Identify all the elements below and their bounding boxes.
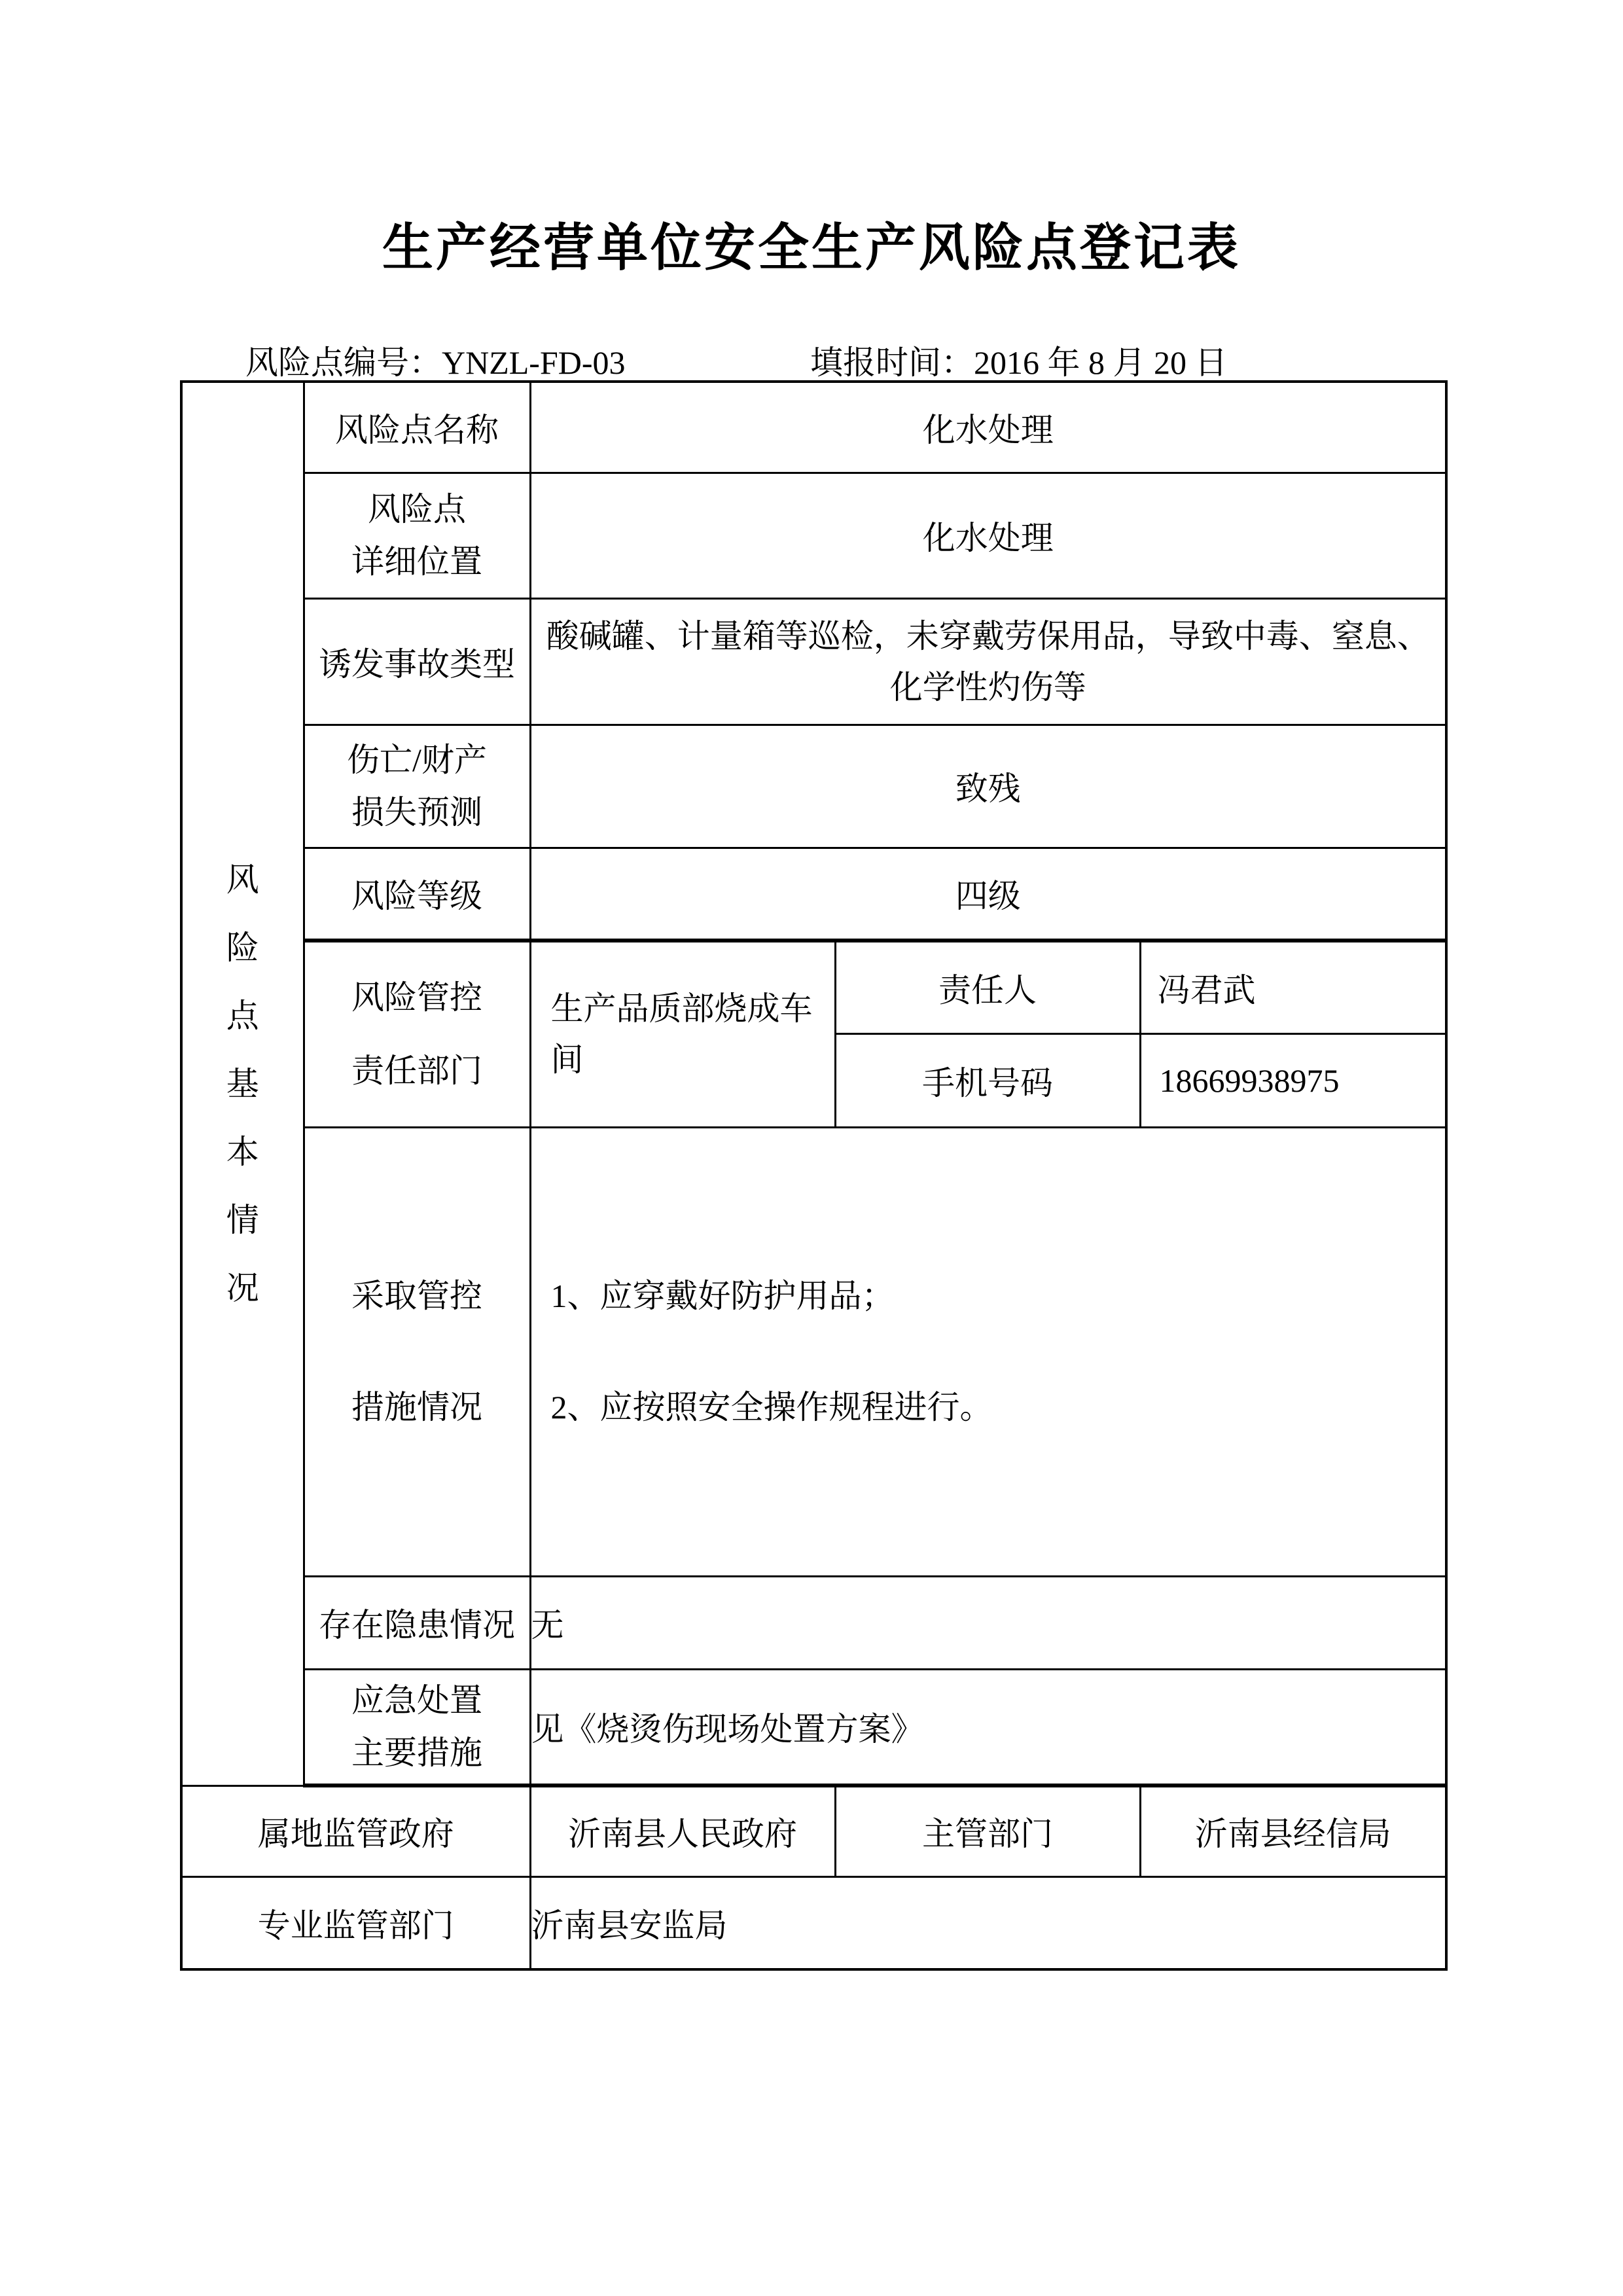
control-dept-label-line1: 风险管控 (305, 961, 529, 1034)
phone-label: 手机号码 (835, 1033, 1140, 1127)
fill-date-value: 2016 年 8 月 20 日 (974, 344, 1228, 381)
location-label-line2: 详细位置 (305, 535, 529, 588)
side-char: 本 (226, 1135, 259, 1169)
hazards-value: 无 (530, 1576, 1446, 1669)
row-control-dept-person: 风险管控 责任部门 生产品质部烧成车间 责任人 冯君武 (181, 941, 1446, 1033)
measures-label-line2: 措施情况 (305, 1352, 529, 1463)
accident-type-value: 酸碱罐、计量箱等巡检，未穿戴劳保用品，导致中毒、窒息、化学性灼伤等 (530, 598, 1446, 725)
page-title: 生产经营单位安全生产风险点登记表 (0, 207, 1623, 280)
local-gov-label: 属地监管政府 (181, 1785, 530, 1876)
charge-dept-value: 沂南县经信局 (1140, 1785, 1446, 1876)
hazards-label: 存在隐患情况 (304, 1576, 530, 1669)
charge-dept-label: 主管部门 (835, 1785, 1140, 1876)
local-gov-value: 沂南县人民政府 (530, 1785, 835, 1876)
row-location: 风险点 详细位置 化水处理 (181, 473, 1446, 598)
name-value: 化水处理 (530, 382, 1446, 473)
measures-label-line1: 采取管控 (305, 1240, 529, 1352)
emergency-label-line2: 主要措施 (305, 1727, 529, 1779)
side-char: 点 (226, 999, 259, 1033)
row-name: 风 险 点 基 本 情 况 风险点名称 化水处理 (181, 382, 1446, 473)
person-value: 冯君武 (1140, 941, 1446, 1033)
measures-value: 1、应穿戴好防护用品； 2、应按照安全操作规程进行。 (530, 1127, 1446, 1576)
document-page: 生产经营单位安全生产风险点登记表 风险点编号：YNZL-FD-03 填报时间：2… (0, 0, 1623, 2296)
loss-forecast-value: 致残 (530, 725, 1446, 848)
location-label-line1: 风险点 (305, 483, 529, 535)
row-prof-dept: 专业监管部门 沂南县安监局 (181, 1876, 1446, 1969)
loss-forecast-label-line2: 损失预测 (305, 786, 529, 838)
risk-point-table: 风 险 点 基 本 情 况 风险点名称 化水处理 风险点 详细位置 化水处理 (180, 380, 1448, 1971)
side-char: 险 (226, 931, 259, 965)
row-loss-forecast: 伤亡/财产 损失预测 致残 (181, 725, 1446, 848)
risk-number-label: 风险点编号： (245, 344, 442, 381)
row-emergency: 应急处置 主要措施 见《烧烫伤现场处置方案》 (181, 1669, 1446, 1785)
measures-label: 采取管控 措施情况 (304, 1127, 530, 1576)
row-hazards: 存在隐患情况 无 (181, 1576, 1446, 1669)
fill-date-line: 填报时间：2016 年 8 月 20 日 (810, 336, 1228, 384)
location-label: 风险点 详细位置 (304, 473, 530, 598)
side-char: 风 (226, 863, 259, 897)
phone-value: 18669938975 (1140, 1033, 1446, 1127)
row-local-gov: 属地监管政府 沂南县人民政府 主管部门 沂南县经信局 (181, 1785, 1446, 1876)
emergency-label: 应急处置 主要措施 (304, 1669, 530, 1785)
fill-date-label: 填报时间： (810, 344, 974, 381)
control-dept-value: 生产品质部烧成车间 (530, 941, 835, 1127)
prof-dept-value: 沂南县安监局 (530, 1876, 1446, 1969)
row-risk-level: 风险等级 四级 (181, 848, 1446, 941)
accident-type-label: 诱发事故类型 (304, 598, 530, 725)
side-char: 情 (226, 1203, 259, 1237)
side-char: 基 (226, 1067, 259, 1101)
prof-dept-label: 专业监管部门 (181, 1876, 530, 1969)
location-value: 化水处理 (530, 473, 1446, 598)
side-char: 况 (226, 1271, 259, 1305)
person-label: 责任人 (835, 941, 1140, 1033)
control-dept-label: 风险管控 责任部门 (304, 941, 530, 1127)
risk-number-value: YNZL-FD-03 (442, 344, 626, 381)
name-label: 风险点名称 (304, 382, 530, 473)
side-header-text: 风 险 点 基 本 情 况 (183, 863, 303, 1305)
control-dept-label-line2: 责任部门 (305, 1034, 529, 1107)
loss-forecast-label-line1: 伤亡/财产 (305, 734, 529, 786)
emergency-label-line1: 应急处置 (305, 1674, 529, 1727)
row-measures: 采取管控 措施情况 1、应穿戴好防护用品； 2、应按照安全操作规程进行。 (181, 1127, 1446, 1576)
row-accident-type: 诱发事故类型 酸碱罐、计量箱等巡检，未穿戴劳保用品，导致中毒、窒息、化学性灼伤等 (181, 598, 1446, 725)
side-header-basic-info: 风 险 点 基 本 情 况 (181, 382, 304, 1785)
measures-value-line1: 1、应穿戴好防护用品； (551, 1240, 1446, 1352)
risk-level-label: 风险等级 (304, 848, 530, 941)
risk-level-value: 四级 (530, 848, 1446, 941)
measures-value-line2: 2、应按照安全操作规程进行。 (551, 1352, 1446, 1463)
risk-number-line: 风险点编号：YNZL-FD-03 (245, 336, 626, 384)
emergency-value: 见《烧烫伤现场处置方案》 (530, 1669, 1446, 1785)
loss-forecast-label: 伤亡/财产 损失预测 (304, 725, 530, 848)
